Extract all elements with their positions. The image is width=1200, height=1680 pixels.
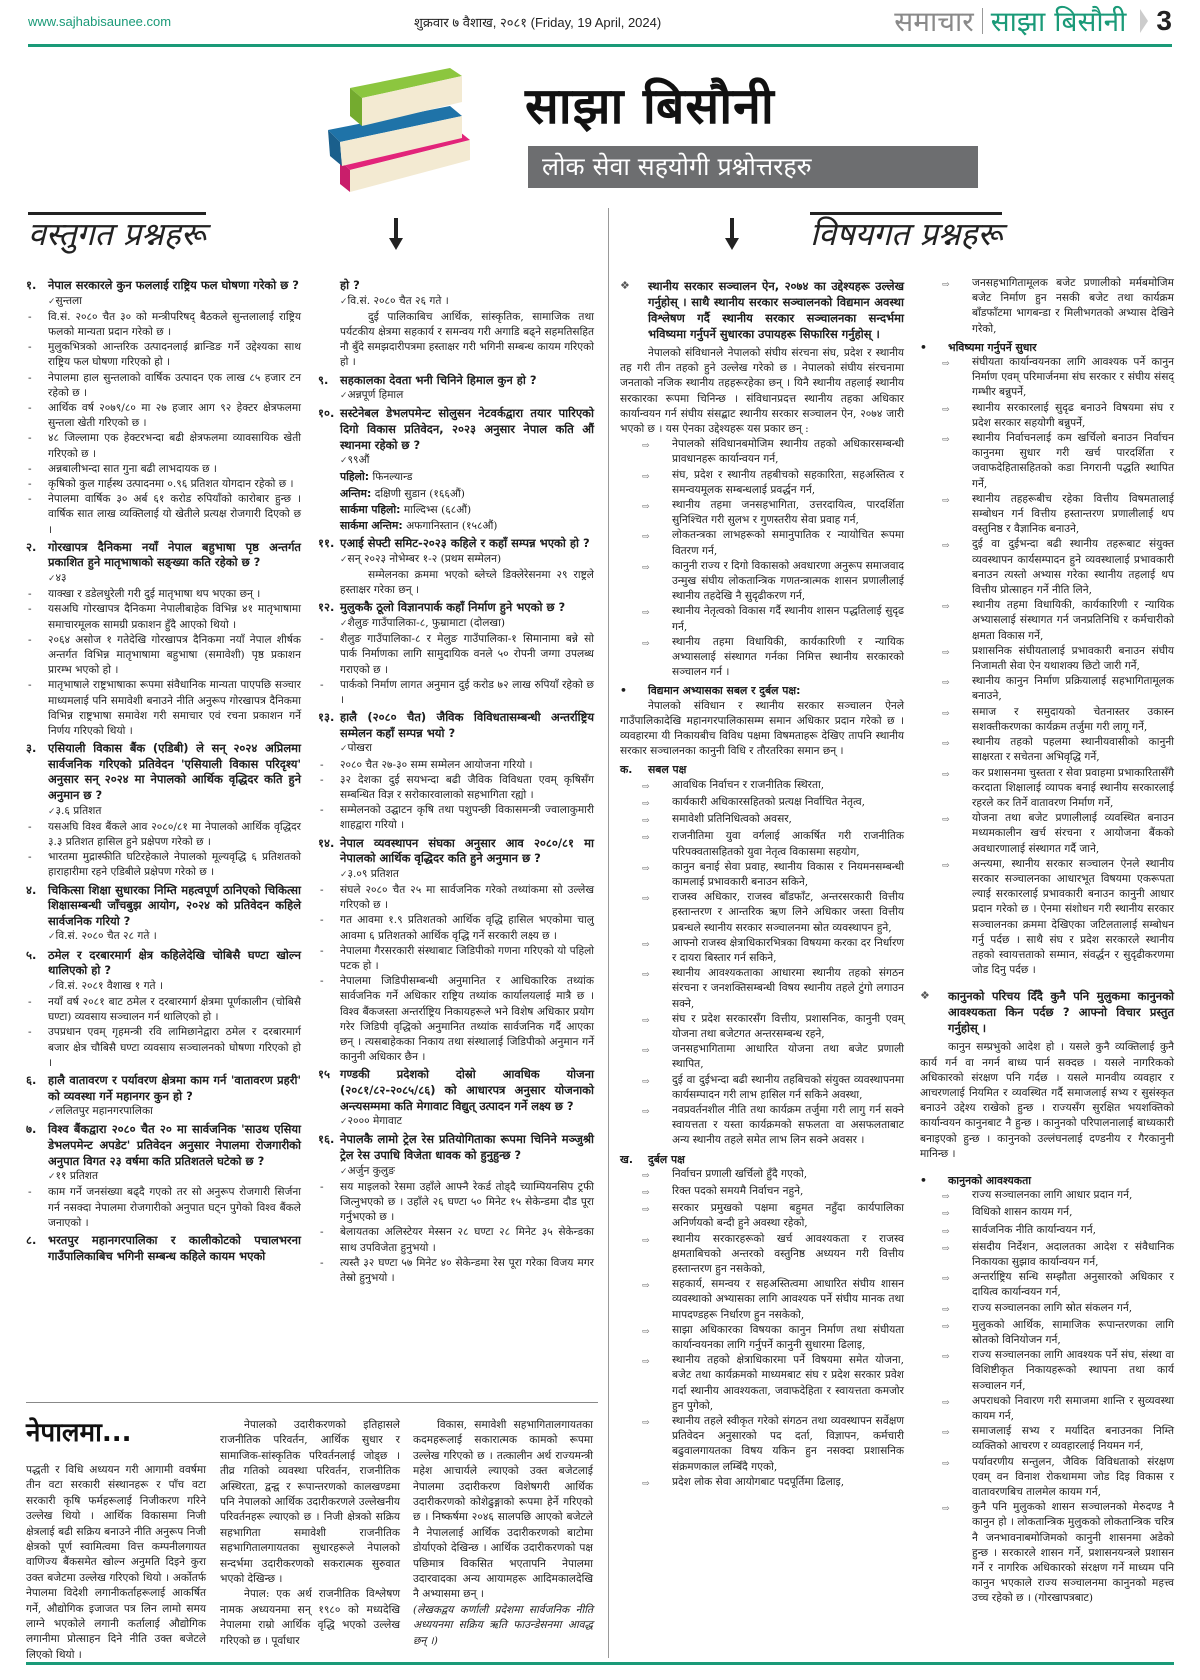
question-text: नेपालकै लामो ट्रेल रेस प्रतियोगिताका रूप…	[340, 1132, 594, 1163]
question-number: १४.	[318, 836, 340, 867]
bullet-point: ⇨समाजलाई सभ्य र मर्यादित बनाउनका निम्ति …	[920, 1424, 1174, 1454]
bullet-point: ⇨राजनीतिमा युवा वर्गलाई आकर्षित गरी राजन…	[620, 829, 904, 859]
fact-point: -२०६४ असोज १ गतेदेखि गोरखापत्र दैनिकमा न…	[26, 633, 301, 679]
paragraph: सम्मेलनका क्रममा भएको ब्लेच्ले डिक्लेरेस…	[318, 568, 594, 598]
question-number: १५	[318, 1067, 340, 1114]
fact-text: मातृभाषाले राष्ट्रभाषाका रूपमा संवैधानिक…	[48, 678, 301, 739]
bullet-point: ⇨सहकार्य, समन्वय र सहअस्तित्वमा आधारित स…	[620, 1277, 904, 1323]
ranking-key: सार्कमा पहिलो:	[340, 503, 401, 516]
fact-point: -आर्थिक वर्ष २०७९/८० मा २७ हजार आग ९२ हे…	[26, 401, 301, 431]
fact-text: यसअघि विश्व बैंकले आव २०८०/८१ मा नेपालको…	[48, 820, 301, 850]
bullet-text: स्थानीय तहहरूबीच रहेका वित्तीय विषमतालाई…	[972, 492, 1174, 538]
arrow-bullet-icon: ⇨	[942, 355, 972, 401]
arrow-bullet-icon: ⇨	[942, 1188, 972, 1205]
bullet-point: ⇨निर्वाचन प्रणाली खर्चिलो हुँदै गएको,	[620, 1167, 904, 1184]
spacer	[318, 278, 340, 294]
bullet-text: स्थानीय नेतृत्वको विकास गर्दै स्थानीय शा…	[672, 604, 904, 634]
fact-point: -संघले २०८० चैत २५ मा सार्वजनिक गरेको तथ…	[318, 883, 594, 913]
question-item: १३.हालै (२०८० चैत) जैविक विविधतासम्बन्धी…	[318, 710, 594, 741]
bullet-text: मुलुकको आर्थिक, सामाजिक रूपान्तरणका लागि…	[972, 1318, 1174, 1348]
arrow-bullet-icon: ⇨	[642, 1414, 672, 1475]
fact-text: ३२ देशका दुई सयभन्दा बढी जैविक विविधता ए…	[340, 773, 594, 803]
bullet-point: ⇨राज्य सञ्चालनका लागि आवश्यक पर्ने संघ, …	[920, 1348, 1174, 1394]
dash-bullet-icon: -	[318, 803, 340, 833]
arrow-bullet-icon: ⇨	[642, 559, 672, 605]
fact-point: -काम गर्ने जनसंख्या बढ्दै गएको तर सो अनु…	[26, 1185, 301, 1231]
bullet-text: लोकतन्त्रका लाभहरूको समानुपातिक र न्यायो…	[672, 528, 904, 558]
subsection-title: कानुनको आवश्यकता	[948, 1173, 1031, 1188]
fact-text: काम गर्ने जनसंख्या बढ्दै गएको तर सो अनुर…	[48, 1185, 301, 1231]
subsection-heading: क.सबल पक्ष	[620, 762, 904, 777]
ranking-value: दक्षिणी सुडान (१६६औं)	[375, 488, 465, 500]
objective-column-2: हो ?वि.सं. २०८० चैत २६ गते ।दुई पालिकाबि…	[318, 276, 594, 1286]
question-text: कानुनको परिचय दिँदै कुनै पनि मुलुकमा कान…	[948, 988, 1174, 1036]
dash-bullet-icon: -	[26, 633, 48, 679]
ranking-row: पहिलो: फिनल्यान्ड	[318, 469, 594, 485]
fact-text: नेपालमा गैरसरकारी संस्थाबाट जिडिपीको गणन…	[340, 944, 594, 974]
bullet-text: राजनीतिमा युवा वर्गलाई आकर्षित गरी राजनी…	[672, 829, 904, 859]
arrow-bullet-icon: ⇨	[642, 604, 672, 634]
question-item: ७.विश्व बैंकद्वारा २०८० चैत २० मा सार्वज…	[26, 1122, 301, 1169]
question-text: भरतपुर महानगरपालिका र कालीकोटको पचालभरना…	[48, 1233, 301, 1264]
fact-point: -सम्मेलनको उद्घाटन कृषि तथा पशुपन्छी विक…	[318, 803, 594, 833]
fact-point: -बेलायतका अलिस्टेयर मेस्सन २८ घण्टा २८ म…	[318, 1225, 594, 1255]
diamond-bullet-icon: ❖	[920, 988, 948, 1036]
bullet-point: ⇨स्थानीय तहले स्वीकृत गरेको संगठन तथा व्…	[620, 1414, 904, 1475]
arrow-bullet-icon: ⇨	[642, 1323, 672, 1353]
fact-text: शैलुङ गाउँपालिका-८ र मेलुङ गाउँपालिका-१ …	[340, 632, 594, 678]
paragraph: कानुन सम्प्रभुको आदेश हो । यसले कुनै व्य…	[920, 1040, 1174, 1162]
bullet-text: कर प्रशासनमा चुस्तता र सेवा प्रवाहमा प्र…	[972, 766, 1174, 812]
bullet-point: ⇨जनसहभागितामूलक बजेट प्रणालीको मर्मबमोजि…	[920, 276, 1174, 337]
bullet-text: स्थानीय आवश्यकताका आधारमा स्थानीय तहको स…	[672, 966, 904, 1012]
bullet-text: कानुनी राज्य र दिगो विकासको अवधारणा अनुर…	[672, 559, 904, 605]
spacer	[920, 978, 1174, 986]
bullet-text: जनसहभागितामा आधारित योजना तथा बजेट प्रणा…	[672, 1042, 904, 1072]
arrow-bullet-icon: ⇨	[942, 1455, 972, 1501]
question-number: ३.	[26, 741, 48, 803]
fact-text: २०८० चैत २७-३० सम्म सम्मेलन आयोजना गरियो…	[340, 758, 594, 773]
dash-bullet-icon: -	[318, 913, 340, 943]
arrow-bullet-icon: ⇨	[942, 1424, 972, 1454]
answer-text: ललितपुर महानगरपालिका	[26, 1104, 301, 1120]
fact-point: -नेपालमा गैरसरकारी संस्थाबाट जिडिपीको गण…	[318, 944, 594, 974]
subsection-marker: •	[920, 1173, 948, 1188]
bullet-point: ⇨राज्य सञ्चालनका लागि स्रोत संकलन गर्न,	[920, 1301, 1174, 1318]
subsection-heading: •कानुनको आवश्यकता	[920, 1173, 1174, 1188]
bullet-text: पर्यावरणीय सन्तुलन, जैविक विविधताको संरक…	[972, 1455, 1174, 1501]
bullet-text: संसदीय निर्देशन, अदालतका आदेश र संवैधानि…	[972, 1240, 1174, 1270]
fact-point: -नेपालमा हाल सुन्तलाको वार्षिक उत्पादन ए…	[26, 371, 301, 401]
bullet-text: प्रशासनिक संघीयतालाई प्रभावकारी बनाउन सं…	[972, 644, 1174, 674]
answer-text: सन् २०२३ नोभेम्बर १-२ (प्रथम सम्मेलन)	[318, 552, 594, 568]
bullet-text: दुई वा दुईभन्दा बढी स्थानीय तहबिचको संयु…	[672, 1073, 904, 1103]
ranking-key: सार्कमा अन्तिम:	[340, 519, 403, 532]
bullet-point: ⇨संघ र प्रदेश सरकारसँग वित्तीय, प्रशासनि…	[620, 1012, 904, 1042]
bullet-point: ⇨कुनै पनि मुलुकको शासन सञ्चालनको मेरुदण्…	[920, 1500, 1174, 1606]
bullet-point: ⇨अपराधको निवारण गरी समाजमा शान्ति र सुव्…	[920, 1394, 1174, 1424]
footer-rule	[26, 1662, 1174, 1665]
bullet-point: ⇨दुई वा दुईभन्दा बढी स्थानीय तहरूबाट संय…	[920, 537, 1174, 598]
dash-bullet-icon: -	[26, 1025, 48, 1071]
article-paragraph: विकास, समावेशी सहभागितालगायतका कदमहरूलाई…	[413, 1418, 593, 1603]
question-text: नेपाल व्यवस्थापन संघका अनुसार आव २०८०/८१…	[340, 836, 594, 867]
arrow-bullet-icon: ⇨	[642, 1353, 672, 1414]
fact-text: वि.सं. २०८० चैत ३० को मन्त्रीपरिषद् बैठक…	[48, 310, 301, 340]
bullet-point: ⇨विधिको शासन कायम गर्न,	[920, 1205, 1174, 1222]
answer-text: अन्नपूर्ण हिमाल	[318, 388, 594, 404]
fact-text: नेपालमा हाल सुन्तलाको वार्षिक उत्पादन एक…	[48, 371, 301, 401]
objective-questions-heading: वस्तुगत प्रश्नहरू	[28, 212, 206, 255]
question-text: सहकालका देवता भनी चिनिने हिमाल कुन हो ?	[340, 373, 594, 389]
question-item: १.नेपाल सरकारले कुन फललाई राष्ट्रिय फल घ…	[26, 278, 301, 294]
question-text: स्थानीय सरकार सञ्चालन ऐन, २०७४ का उद्देश…	[648, 278, 904, 342]
fact-text: यसअघि गोरखापत्र दैनिकमा नेपालीबाहेक विभि…	[48, 602, 301, 632]
bullet-text: स्थानीय सरकारलाई सुदृढ बनाउने विषयमा संघ…	[972, 401, 1174, 431]
article-paragraph: नेपाल: एक अर्थ राजनीतिक विश्लेषण नामक अध…	[220, 1587, 400, 1649]
subsection-heading: ख.दुर्बल पक्ष	[620, 1152, 904, 1167]
bullet-point: ⇨स्थानीय तहमा विधायिकी, कार्यकारिणी र न्…	[620, 635, 904, 681]
bullet-point: ⇨कानुनी राज्य र दिगो विकासको अवधारणा अनु…	[620, 559, 904, 605]
question-item: ४.चिकित्सा शिक्षा सुधारका निम्ति महत्वपू…	[26, 883, 301, 930]
question-item: ६.हालै वातावरण र पर्यावरण क्षेत्रमा काम …	[26, 1073, 301, 1104]
fact-point: -शैलुङ गाउँपालिका-८ र मेलुङ गाउँपालिका-१…	[318, 632, 594, 678]
spacer	[920, 1162, 1174, 1170]
section-name: साझा बिसौनी	[991, 2, 1127, 40]
arrow-bullet-icon: ⇨	[942, 1318, 972, 1348]
ranking-value: अफगानिस्तान (१५८औं)	[406, 520, 497, 532]
fact-point: -गत आवमा १.९ प्रतिशतको आर्थिक वृद्धि हास…	[318, 913, 594, 943]
article-divider	[26, 1402, 598, 1403]
fact-point: -पार्कको निर्माण लागत अनुमान दुई करोड ७२…	[318, 678, 594, 708]
bullet-point: ⇨प्रदेश लोक सेवा आयोगबाट पदपूर्तिमा ढिला…	[620, 1475, 904, 1492]
article-title: नेपालमा...	[26, 1413, 131, 1449]
objective-heading-text: वस्तुगत प्रश्नहरू	[28, 212, 206, 253]
bullet-point: ⇨योजना तथा बजेट प्रणालीलाई व्यवस्थित बना…	[920, 811, 1174, 857]
question-continued: हो ?	[318, 278, 594, 294]
bullet-text: सहकार्य, समन्वय र सहअस्तित्वमा आधारित सं…	[672, 1277, 904, 1323]
arrow-bullet-icon: ⇨	[942, 644, 972, 674]
bullet-text: संघ र प्रदेश सरकारसँग वित्तीय, प्रशासनिक…	[672, 1012, 904, 1042]
bullet-point: ⇨आफ्नो राजस्व क्षेत्राधिकारभित्रका विषयम…	[620, 936, 904, 966]
subjective-question: ❖कानुनको परिचय दिँदै कुनै पनि मुलुकमा का…	[920, 988, 1174, 1036]
fact-text: नेपालमा जिडिपीसम्बन्धी अनुमानित र आधिकार…	[340, 974, 594, 1065]
question-text: ठमेल र दरबारमार्ग क्षेत्र कहिलेदेखि चोबि…	[48, 948, 301, 979]
arrow-bullet-icon: ⇨	[942, 674, 972, 704]
dash-bullet-icon: -	[318, 678, 340, 708]
fact-point: -त्यस्तै ३२ घण्टा ५७ मिनेट ४० सेकेन्डमा …	[318, 1256, 594, 1286]
article-paragraph: नेपालको उदारीकरणको इतिहासले राजनीतिक परि…	[220, 1418, 400, 1587]
masthead-title: साझा बिसौनी	[525, 70, 775, 138]
bullet-point: ⇨स्थानीय आवश्यकताका आधारमा स्थानीय तहको …	[620, 966, 904, 1012]
question-item: ८.भरतपुर महानगरपालिका र कालीकोटको पचालभर…	[26, 1233, 301, 1264]
ranking-row: सार्कमा पहिलो: माल्दिभ्स (६८औं)	[318, 502, 594, 518]
question-item: १२.मुलुककै ठूलो विज्ञानपार्क कहाँ निर्मा…	[318, 600, 594, 616]
dash-bullet-icon: -	[26, 431, 48, 461]
bullet-point: ⇨संसदीय निर्देशन, अदालतका आदेश र संवैधान…	[920, 1240, 1174, 1270]
bullet-text: स्थानीय सरकारहरूको खर्च आवश्यकता र राजस्…	[672, 1232, 904, 1278]
arrow-bullet-icon: ⇨	[642, 1073, 672, 1103]
question-number: ४.	[26, 883, 48, 930]
ranking-value: माल्दिभ्स (६८औं)	[404, 504, 471, 516]
paragraph: दुई पालिकाबिच आर्थिक, सांस्कृतिक, सामाजि…	[318, 310, 594, 371]
arrow-bullet-icon: ⇨	[942, 857, 972, 979]
arrow-bullet-icon: ⇨	[642, 812, 672, 829]
bullet-point: ⇨दुई वा दुईभन्दा बढी स्थानीय तहबिचको संय…	[620, 1073, 904, 1103]
fact-point: -४८ जिल्लामा एक हेक्टरभन्दा बढी क्षेत्रफ…	[26, 431, 301, 461]
bullet-text: कुनै पनि मुलुकको शासन सञ्चालनको मेरुदण्ड…	[972, 1500, 1174, 1606]
bullet-point: ⇨स्थानीय तहमा विधायिकी, कार्यकारिणी र न्…	[920, 598, 1174, 644]
bullet-point: ⇨रिक्त पदको समयमै निर्वाचन नहुने,	[620, 1184, 904, 1201]
bullet-text: राज्य सञ्चालनका लागि आधार प्रदान गर्न,	[972, 1188, 1174, 1205]
question-text: एसियाली विकास बैंक (एडिबी) ले सन् २०२४ अ…	[48, 741, 301, 803]
ranking-row: सार्कमा अन्तिम: अफगानिस्तान (१५८औं)	[318, 518, 594, 534]
site-url-link[interactable]: www.sajhabisaunee.com	[28, 14, 171, 29]
dash-bullet-icon: -	[26, 820, 48, 850]
bullet-point: ⇨सरकार प्रमुखको पक्षमा बहुमत नहुँदा कार्…	[620, 1201, 904, 1231]
question-item: ३.एसियाली विकास बैंक (एडिबी) ले सन् २०२४…	[26, 741, 301, 803]
dash-bullet-icon: -	[26, 850, 48, 880]
arrow-bullet-icon: ⇨	[942, 735, 972, 765]
arrow-bullet-icon: ⇨	[942, 598, 972, 644]
fact-text: अन्नबालीभन्दा सात गुना बढी लाभदायक छ ।	[48, 462, 301, 477]
arrow-bullet-icon: ⇨	[642, 966, 672, 1012]
arrow-bullet-icon: ⇨	[942, 1301, 972, 1318]
article-column-2: नेपालको उदारीकरणको इतिहासले राजनीतिक परि…	[220, 1418, 400, 1649]
bullet-text: अन्त्यमा, स्थानीय सरकार सञ्चालन ऐनले स्थ…	[972, 857, 1174, 979]
subjective-questions-heading: विषयगत प्रश्नहरू	[810, 212, 1002, 255]
question-number: ९.	[318, 373, 340, 389]
fact-text: भारतमा मुद्रास्फीति घटिरहेकाले नेपालको म…	[48, 850, 301, 880]
question-number: १२.	[318, 600, 340, 616]
subsection-heading: •विद्यमान अभ्यासका सबल र दुर्बल पक्ष:	[620, 683, 904, 698]
bullet-point: ⇨समावेशी प्रतिनिधित्वको अवसर,	[620, 812, 904, 829]
arrow-bullet-icon: ⇨	[642, 1475, 672, 1492]
bullet-point: ⇨आवधिक निर्वाचन र राजनीतिक स्थिरता,	[620, 778, 904, 795]
arrow-bullet-icon: ⇨	[642, 635, 672, 681]
bullet-point: ⇨नेपालको संविधानबमोजिम स्थानीय तहको अधिक…	[620, 437, 904, 467]
fact-point: -सय माइलको रेसमा उहाँले आफ्नै रेकर्ड तोड…	[318, 1180, 594, 1226]
arrow-bullet-icon: ⇨	[642, 1167, 672, 1184]
question-text: विश्व बैंकद्वारा २०८० चैत २० मा सार्वजनि…	[48, 1122, 301, 1169]
bullet-point: ⇨पर्यावरणीय सन्तुलन, जैविक विविधताको संर…	[920, 1455, 1174, 1501]
subjective-column-1: ❖स्थानीय सरकार सञ्चालन ऐन, २०७४ का उद्दे…	[620, 276, 904, 1492]
bullet-text: स्थानीय तहमा जनसहभागिता, उत्तरदायित्व, प…	[672, 498, 904, 528]
bullet-point: ⇨जनसहभागितामा आधारित योजना तथा बजेट प्रण…	[620, 1042, 904, 1072]
paragraph: नेपालको संविधान र स्थानीय सरकार सञ्चालन …	[620, 699, 904, 760]
arrow-down-icon	[724, 218, 740, 250]
bullet-point: ⇨मुलुकको आर्थिक, सामाजिक रूपान्तरणका लाग…	[920, 1318, 1174, 1348]
dash-bullet-icon: -	[318, 632, 340, 678]
dash-bullet-icon: -	[26, 602, 48, 632]
bullet-point: ⇨स्थानीय तहमा जनसहभागिता, उत्तरदायित्व, …	[620, 498, 904, 528]
fact-text: सय माइलको रेसमा उहाँले आफ्नै रेकर्ड तोड्…	[340, 1180, 594, 1226]
column-divider	[608, 208, 609, 1658]
dash-bullet-icon: -	[26, 401, 48, 431]
divider	[982, 8, 983, 34]
bullet-text: समाज र समुदायको चेतनास्तर उकास्न सशक्तीक…	[972, 705, 1174, 735]
fact-text: बेलायतका अलिस्टेयर मेस्सन २८ घण्टा २८ मि…	[340, 1225, 594, 1255]
bullet-point: ⇨अन्तर्राष्ट्रिय सन्धि सम्झौता अनुसारको …	[920, 1270, 1174, 1300]
fact-text: संघले २०८० चैत २५ मा सार्वजनिक गरेको तथ्…	[340, 883, 594, 913]
bullet-text: स्थानीय तहले स्वीकृत गरेको संगठन तथा व्य…	[672, 1414, 904, 1475]
arrow-bullet-icon: ⇨	[942, 705, 972, 735]
arrow-bullet-icon: ⇨	[642, 795, 672, 812]
bullet-text: संघीयता कार्यान्वयनका लागि आवश्यक पर्ने …	[972, 355, 1174, 401]
bullet-point: ⇨स्थानीय कानुन निर्माण प्रक्रियालाई सहभा…	[920, 674, 1174, 704]
question-item: १६.नेपालकै लामो ट्रेल रेस प्रतियोगिताका …	[318, 1132, 594, 1163]
fact-text: याक्खा र डडेलधुरेली गरी दुई मातृभाषा थप …	[48, 587, 301, 602]
masthead: साझा बिसौनी लोक सेवा सहयोगी प्रश्नोत्तरह…	[320, 62, 980, 202]
bullet-text: राज्य सञ्चालनका लागि आवश्यक पर्ने संघ, स…	[972, 1348, 1174, 1394]
fact-point: -कृषिको कुल गार्हस्थ उत्पादनमा ०.९६ प्रत…	[26, 477, 301, 492]
answer-text: ३.६ प्रतिशत	[26, 804, 301, 820]
objective-column-1: १.नेपाल सरकारले कुन फललाई राष्ट्रिय फल घ…	[26, 276, 301, 1264]
bullet-text: स्थानीय तहको पहलमा स्थानीयवासीको कानुनी …	[972, 735, 1174, 765]
bullet-text: स्थानीय निर्वाचनलाई कम खर्चिलो बनाउन निर…	[972, 431, 1174, 492]
bullet-text: निर्वाचन प्रणाली खर्चिलो हुँदै गएको,	[672, 1167, 904, 1184]
answer-text: ३.०९ प्रतिशत	[318, 867, 594, 883]
fact-text: २०६४ असोज १ गतेदेखि गोरखापत्र दैनिकमा नय…	[48, 633, 301, 679]
question-text: गोरखापत्र दैनिकमा नयाँ नेपाल बहुभाषा पृष…	[48, 540, 301, 571]
page-header: www.sajhabisaunee.com शुक्रवार ७ वैशाख, …	[28, 0, 1172, 50]
answer-text: वि.सं. २०८० चैत २६ गते ।	[318, 294, 594, 310]
bullet-point: ⇨कानुन बनाई सेवा प्रवाह, स्थानीय विकास र…	[620, 860, 904, 890]
masthead-subtitle: लोक सेवा सहयोगी प्रश्नोत्तरहरु	[528, 146, 978, 188]
subsection-marker: ख.	[620, 1152, 648, 1167]
bullet-point: ⇨कार्यकारी अधिकारसहितको प्रत्यक्ष निर्वा…	[620, 795, 904, 812]
dash-bullet-icon: -	[318, 1180, 340, 1226]
fact-point: -याक्खा र डडेलधुरेली गरी दुई मातृभाषा थप…	[26, 587, 301, 602]
bullet-text: राजस्व अधिकार, राजस्व बाँडफाँट, अन्तरसरक…	[672, 890, 904, 936]
bullet-point: ⇨स्थानीय सरकारहरूको खर्च आवश्यकता र राजस…	[620, 1232, 904, 1278]
arrow-bullet-icon: ⇨	[642, 498, 672, 528]
subsection-marker: •	[920, 340, 948, 355]
fact-point: -मुलुकभित्रको आन्तरिक उत्पादनलाई ब्रान्ड…	[26, 340, 301, 370]
bullet-text: कानुन बनाई सेवा प्रवाह, स्थानीय विकास र …	[672, 860, 904, 890]
subsection-heading: •भविष्यमा गर्नुपर्ने सुधार	[920, 340, 1174, 355]
bullet-text: स्थानीय तहमा विधायिकी, कार्यकारिणी र न्य…	[672, 635, 904, 681]
bullet-point: ⇨स्थानीय नेतृत्वको विकास गर्दै स्थानीय श…	[620, 604, 904, 634]
bullet-point: ⇨अन्त्यमा, स्थानीय सरकार सञ्चालन ऐनले स्…	[920, 857, 1174, 979]
question-item: ११.एआई सेफ्टी समिट-२०२३ कहिले र कहाँ सम्…	[318, 536, 594, 552]
chevron-right-icon	[1140, 9, 1148, 33]
arrow-bullet-icon: ⇨	[642, 860, 672, 890]
question-text: मुलुककै ठूलो विज्ञानपार्क कहाँ निर्माण ह…	[340, 600, 594, 616]
dash-bullet-icon: -	[26, 492, 48, 538]
dash-bullet-icon: -	[26, 371, 48, 401]
bullet-point: ⇨कर प्रशासनमा चुस्तता र सेवा प्रवाहमा प्…	[920, 766, 1174, 812]
stacked-books-icon	[320, 62, 500, 202]
dash-bullet-icon: -	[318, 944, 340, 974]
bullet-point: ⇨संघीयता कार्यान्वयनका लागि आवश्यक पर्ने…	[920, 355, 1174, 401]
fact-point: -नेपालमा वार्षिक ३० अर्ब ६१ करोड रुपियाँ…	[26, 492, 301, 538]
dash-bullet-icon: -	[26, 310, 48, 340]
fact-point: -भारतमा मुद्रास्फीति घटिरहेकाले नेपालको …	[26, 850, 301, 880]
fact-point: -उपप्रधान एवम् गृहमन्त्री रवि लामिछानेद्…	[26, 1025, 301, 1071]
bullet-point: ⇨प्रशासनिक संघीयतालाई प्रभावकारी बनाउन स…	[920, 644, 1174, 674]
dash-bullet-icon: -	[318, 773, 340, 803]
ranking-key: पहिलो:	[340, 470, 369, 483]
bullet-point: ⇨स्थानीय तहको क्षेत्राधिकारमा पर्ने विषय…	[620, 1353, 904, 1414]
bullet-text: सार्वजनिक नीति कार्यान्वयन गर्न,	[972, 1223, 1174, 1240]
dash-bullet-icon: -	[318, 758, 340, 773]
author-credit: (लेखकद्वय कर्णाली प्रदेशमा सार्वजनिक नीत…	[413, 1603, 593, 1649]
dash-bullet-icon: -	[26, 462, 48, 477]
fact-text: नयाँ वर्ष २०८१ बाट ठमेल र दरबारमार्ग क्ष…	[48, 995, 301, 1025]
arrow-bullet-icon: ⇨	[942, 1348, 972, 1394]
fact-text: ४८ जिल्लामा एक हेक्टरभन्दा बढी क्षेत्रफल…	[48, 431, 301, 461]
paragraph: नेपालको संविधानले नेपालको संघीय संरचना स…	[620, 346, 904, 437]
bullet-point: ⇨स्थानीय तहको पहलमा स्थानीयवासीको कानुनी…	[920, 735, 1174, 765]
ranking-value: फिनल्यान्ड	[372, 471, 412, 483]
question-item: १४.नेपाल व्यवस्थापन संघका अनुसार आव २०८०…	[318, 836, 594, 867]
answer-text: वि.सं. २०८१ वैशाख १ गते ।	[26, 979, 301, 995]
article-column-3: विकास, समावेशी सहभागितालगायतका कदमहरूलाई…	[413, 1418, 593, 1649]
bullet-point: ⇨स्थानीय तहहरूबीच रहेका वित्तीय विषमताला…	[920, 492, 1174, 538]
fact-point: -वि.सं. २०८० चैत ३० को मन्त्रीपरिषद् बैठ…	[26, 310, 301, 340]
subjective-heading-text: विषयगत प्रश्नहरू	[810, 212, 1002, 253]
question-number: १०.	[318, 406, 340, 453]
answer-text: ९९औं	[318, 453, 594, 469]
arrow-bullet-icon: ⇨	[942, 492, 972, 538]
answer-text: शैलुङ गाउँपालिका-८, फुम्रामाटा (दोलखा)	[318, 616, 594, 632]
answer-text: अर्जुन कुलुङ	[318, 1164, 594, 1180]
fact-text: नेपालमा वार्षिक ३० अर्ब ६१ करोड रुपियाँक…	[48, 492, 301, 538]
subsection-title: भविष्यमा गर्नुपर्ने सुधार	[948, 340, 1037, 355]
arrow-bullet-icon: ⇨	[642, 1277, 672, 1323]
question-number: ११.	[318, 536, 340, 552]
bullet-point: ⇨समाज र समुदायको चेतनास्तर उकास्न सशक्ती…	[920, 705, 1174, 735]
bullet-text: नेपालको संविधानबमोजिम स्थानीय तहको अधिका…	[672, 437, 904, 467]
arrow-bullet-icon: ⇨	[942, 1223, 972, 1240]
arrow-bullet-icon: ⇨	[942, 537, 972, 598]
arrow-bullet-icon: ⇨	[942, 1500, 972, 1606]
question-number: ५.	[26, 948, 48, 979]
fact-text: मुलुकभित्रको आन्तरिक उत्पादनलाई ब्रान्डि…	[48, 340, 301, 370]
dash-bullet-icon: -	[26, 587, 48, 602]
question-item: १५गण्डकी प्रदेशको दोस्रो आवधिक योजना (२०…	[318, 1067, 594, 1114]
bullet-point: ⇨सार्वजनिक नीति कार्यान्वयन गर्न,	[920, 1223, 1174, 1240]
arrow-bullet-icon: ⇨	[642, 1201, 672, 1231]
article-column-1: पद्धती र विधि अध्ययन गरी आगामी ववर्षमा त…	[26, 1463, 206, 1663]
fact-point: -नेपालमा जिडिपीसम्बन्धी अनुमानित र आधिका…	[318, 974, 594, 1065]
arrow-bullet-icon: ⇨	[642, 528, 672, 558]
bullet-text: समावेशी प्रतिनिधित्वको अवसर,	[672, 812, 904, 829]
arrow-bullet-icon: ⇨	[642, 1184, 672, 1201]
dash-bullet-icon: -	[318, 974, 340, 1065]
question-item: २.गोरखापत्र दैनिकमा नयाँ नेपाल बहुभाषा प…	[26, 540, 301, 571]
answer-text: ११ प्रतिशत	[26, 1169, 301, 1185]
fact-point: -यसअघि गोरखापत्र दैनिकमा नेपालीबाहेक विभ…	[26, 602, 301, 632]
subsection-marker: क.	[620, 762, 648, 777]
arrow-bullet-icon: ⇨	[642, 1042, 672, 1072]
question-number: ८.	[26, 1233, 48, 1264]
arrow-bullet-icon: ⇨	[642, 1103, 672, 1149]
section-tag: समाचार साझा बिसौनी 3	[894, 2, 1172, 40]
arrow-bullet-icon: ⇨	[942, 811, 972, 857]
arrow-bullet-icon: ⇨	[642, 829, 672, 859]
dash-bullet-icon: -	[26, 1185, 48, 1231]
bullet-point: ⇨राजस्व अधिकार, राजस्व बाँडफाँट, अन्तरसर…	[620, 890, 904, 936]
question-item: १०.सस्टेनेबल डेभलपमेन्ट सोलुसन नेटवर्कद्…	[318, 406, 594, 453]
bullet-text: दुई वा दुईभन्दा बढी स्थानीय तहरूबाट संयु…	[972, 537, 1174, 598]
arrow-bullet-icon: ⇨	[642, 437, 672, 467]
subsection-title: सबल पक्ष	[648, 762, 686, 777]
fact-text: कृषिको कुल गार्हस्थ उत्पादनमा ०.९६ प्रति…	[48, 477, 301, 492]
bullet-text: स्थानीय तहको क्षेत्राधिकारमा पर्ने विषयम…	[672, 1353, 904, 1414]
answer-text: ४३	[26, 571, 301, 587]
